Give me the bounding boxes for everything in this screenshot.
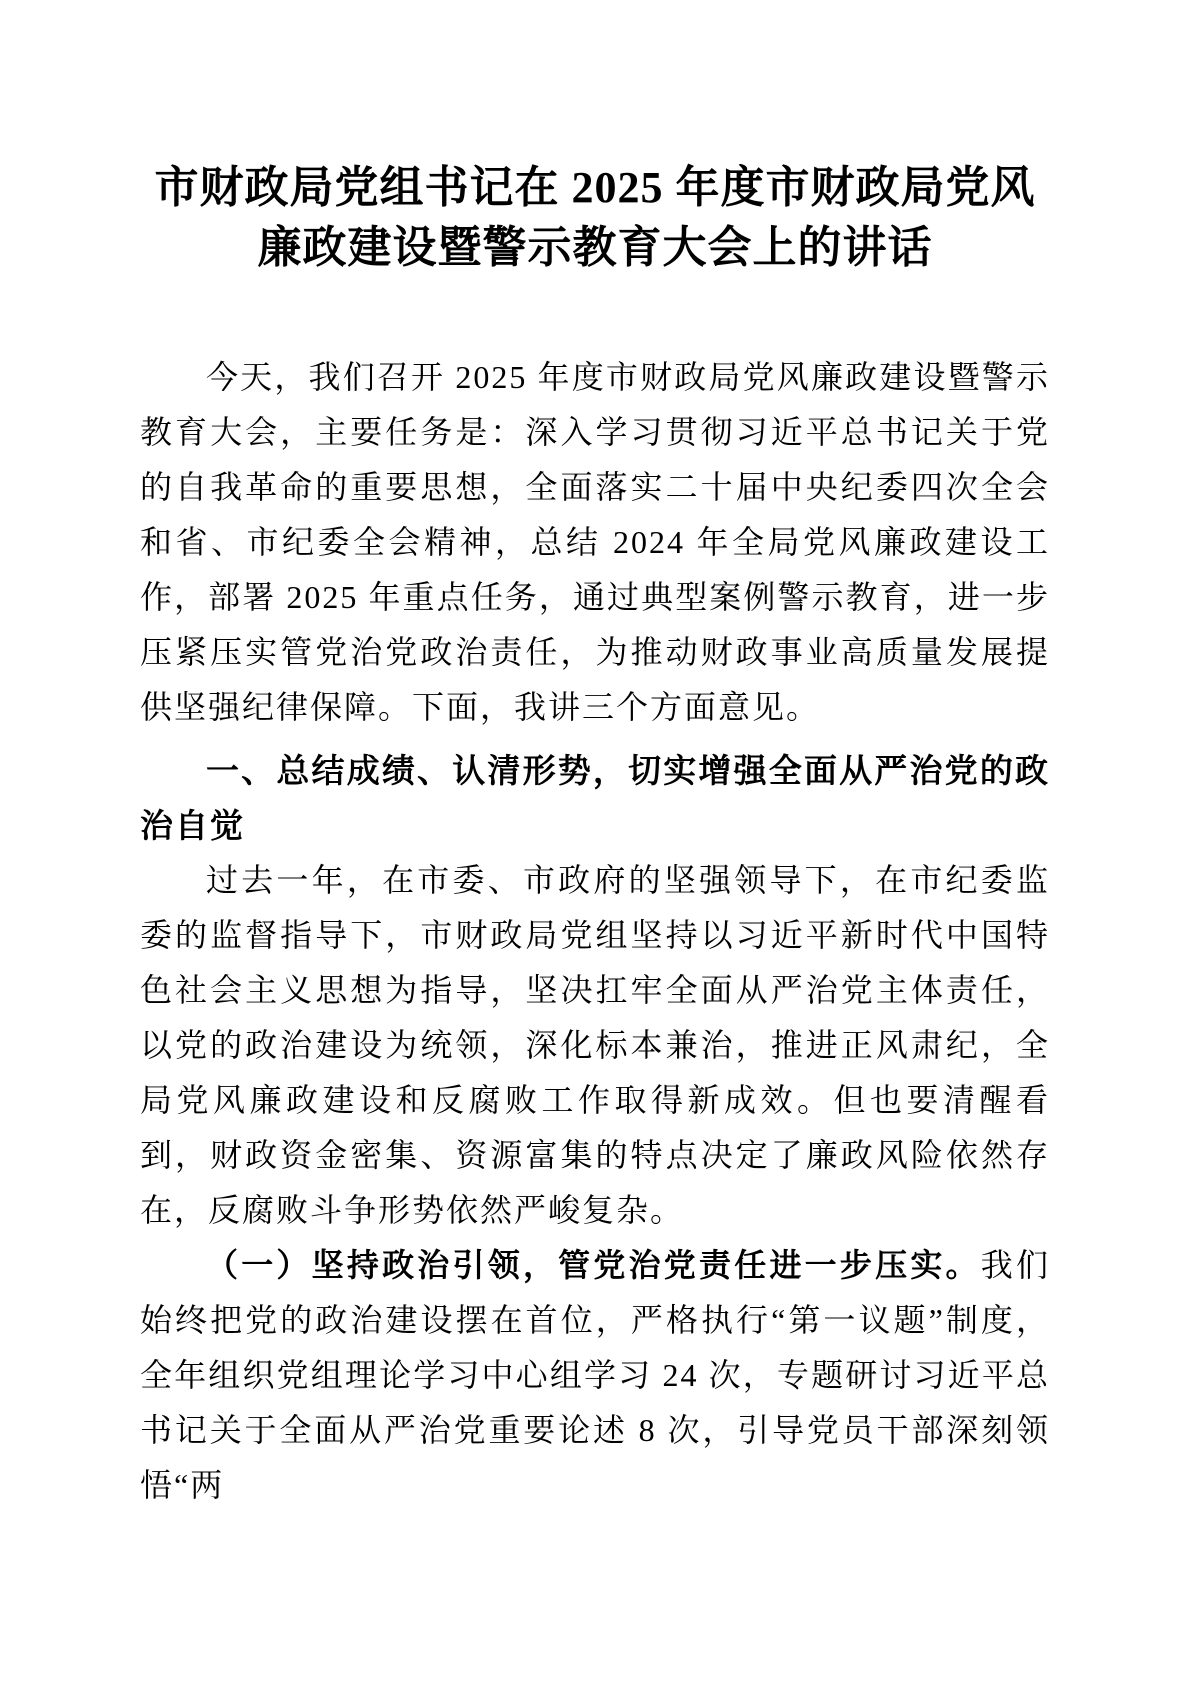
document-title: 市财政局党组书记在 2025 年度市财政局党风廉政建设暨警示教育大会上的讲话 <box>140 158 1050 278</box>
subsection-lead: （一）坚持政治引领，管党治党责任进一步压实。 <box>206 1247 981 1283</box>
section-heading: 一、总结成绩、认清形势，切实增强全面从严治党的政治自觉 <box>140 743 1050 853</box>
intro-paragraph: 今天，我们召开 2025 年度市财政局党风廉政建设暨警示教育大会，主要任务是：深… <box>140 350 1050 735</box>
subsection-paragraph: （一）坚持政治引领，管党治党责任进一步压实。我们始终把党的政治建设摆在首位，严格… <box>140 1238 1050 1513</box>
subsection-body-text: 我们始终把党的政治建设摆在首位，严格执行“第一议题”制度，全年组织党组理论学习中… <box>140 1247 1050 1503</box>
document-page: 市财政局党组书记在 2025 年度市财政局党风廉政建设暨警示教育大会上的讲话 今… <box>0 0 1190 1683</box>
document-content: 市财政局党组书记在 2025 年度市财政局党风廉政建设暨警示教育大会上的讲话 今… <box>0 0 1190 1513</box>
section-paragraph: 过去一年，在市委、市政府的坚强领导下，在市纪委监委的监督指导下，市财政局党组坚持… <box>140 853 1050 1238</box>
